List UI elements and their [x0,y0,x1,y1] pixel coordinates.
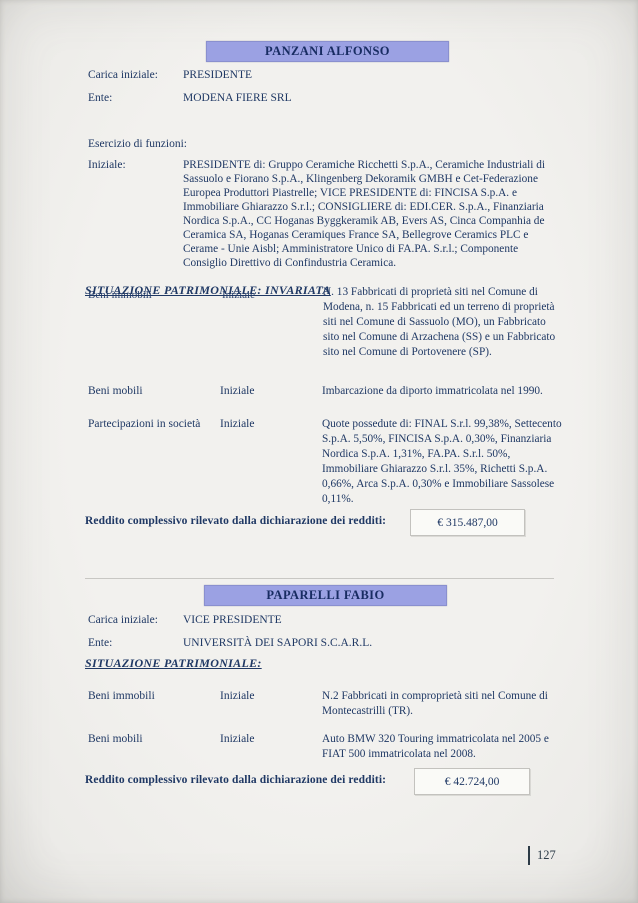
section-divider [85,578,554,579]
person1-row1-description: N. 13 Fabbricati di proprietà siti nel C… [323,285,563,360]
page-number: 127 [528,846,556,865]
person2-carica-label: Carica iniziale: [88,613,158,628]
person1-row2-description: Imbarcazione da diporto immatricolata ne… [322,384,572,399]
person2-reddito-value: € 42.724,00 [445,776,500,788]
person1-reddito-value-box: € 315.487,00 [410,509,525,536]
person1-header-bar: PANZANI ALFONSO [206,41,449,62]
person2-reddito-value-box: € 42.724,00 [414,768,530,795]
person1-row2-phase: Iniziale [220,384,254,399]
person1-esercizio-text: PRESIDENTE di: Gruppo Ceramiche Ricchett… [183,158,559,270]
person2-row2-phase: Iniziale [220,732,254,747]
person2-reddito-label: Reddito complessivo rilevato dalla dichi… [85,774,386,786]
person2-name: PAPARELLI FABIO [266,588,384,603]
person1-name: PANZANI ALFONSO [265,44,390,59]
person2-situazione-heading: SITUAZIONE PATRIMONIALE: [85,656,262,671]
person1-ente-label: Ente: [88,91,112,106]
person2-ente-label: Ente: [88,636,112,651]
page-number-value: 127 [537,848,556,863]
person2-carica-value: VICE PRESIDENTE [183,613,282,628]
person2-ente-value: UNIVERSITÀ DEI SAPORI S.C.A.R.L. [183,636,372,651]
person1-reddito-value: € 315.487,00 [437,517,497,529]
person2-row1-label: Beni immobili [88,689,155,704]
person1-row2-label: Beni mobili [88,384,143,399]
person1-reddito-label: Reddito complessivo rilevato dalla dichi… [85,515,386,527]
person1-ente-value: MODENA FIERE SRL [183,91,292,106]
person2-row2-label: Beni mobili [88,732,143,747]
person2-row1-phase: Iniziale [220,689,254,704]
person2-row1-description: N.2 Fabbricati in comproprietà siti nel … [322,689,567,719]
person1-carica-value: PRESIDENTE [183,68,252,83]
person1-row3-label: Partecipazioni in società [88,417,200,432]
person2-row2-description: Auto BMW 320 Touring immatricolata nel 2… [322,732,570,762]
person1-iniziale-label: Iniziale: [88,158,126,173]
person1-situazione-heading: SITUAZIONE PATRIMONIALE: INVARIATA [85,283,331,298]
person1-row3-description: Quote possedute di: FINAL S.r.l. 99,38%,… [322,417,565,507]
person1-esercizio-label: Esercizio di funzioni: [88,137,187,152]
person1-carica-label: Carica iniziale: [88,68,158,83]
document-page: PANZANI ALFONSO Carica iniziale: PRESIDE… [0,0,638,903]
person2-header-bar: PAPARELLI FABIO [204,585,447,606]
person1-row3-phase: Iniziale [220,417,254,432]
